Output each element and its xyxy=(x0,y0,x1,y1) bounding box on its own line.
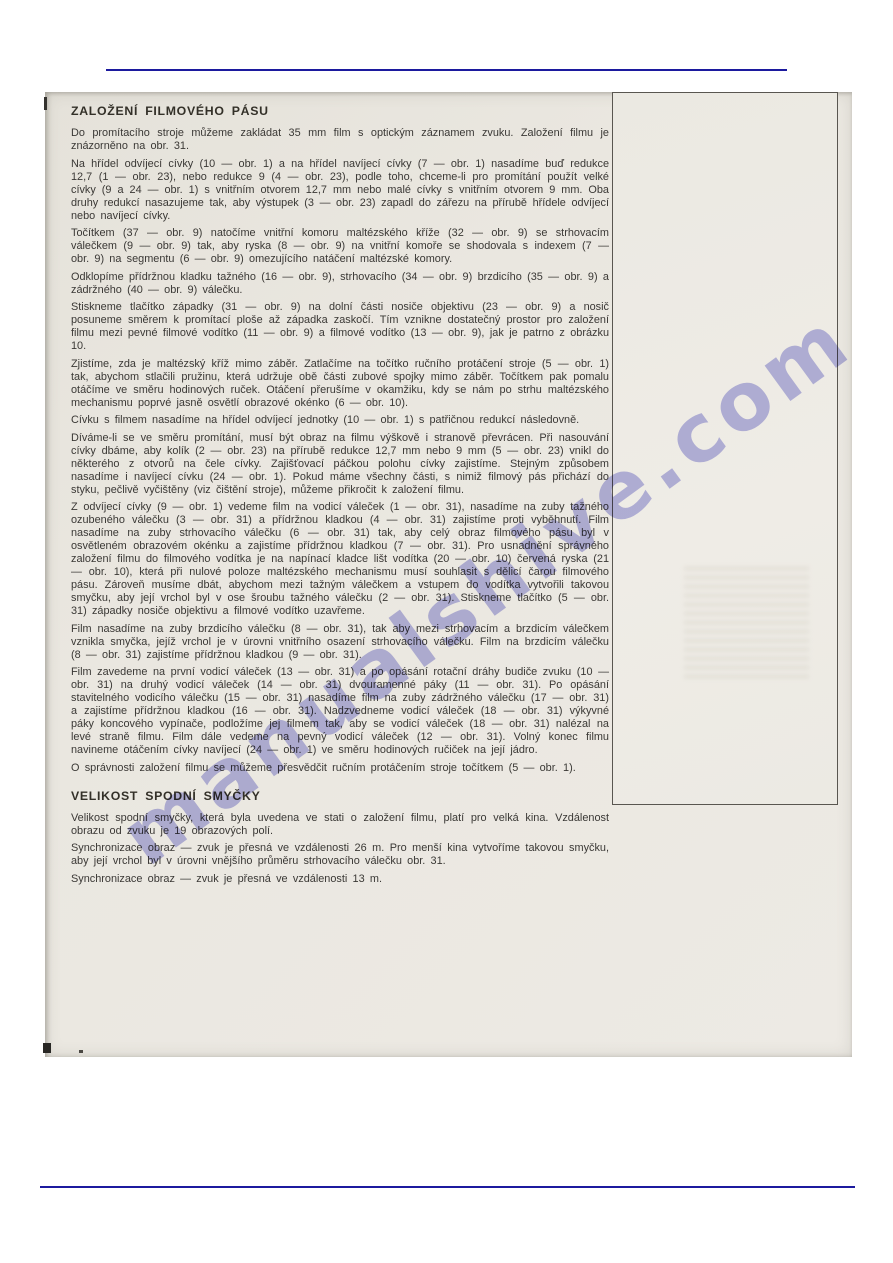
section-heading-lower-loop-size: VELIKOST SPODNÍ SMYČKY xyxy=(71,790,609,803)
paragraph: Velikost spodní smyčky, která byla uvede… xyxy=(71,812,609,838)
document-text-column: ZALOŽENÍ FILMOVÉHO PÁSU Do promítacího s… xyxy=(71,105,609,890)
paragraph: Stiskneme tlačítko západky (31 — obr. 9)… xyxy=(71,301,609,353)
paragraph: Díváme-li se ve směru promítání, musí bý… xyxy=(71,432,609,497)
figure-placeholder-box xyxy=(612,92,838,805)
paragraph: Cívku s filmem nasadíme na hřídel odvíje… xyxy=(71,414,609,427)
bottom-rule xyxy=(40,1186,855,1188)
bleed-through-smudge xyxy=(684,563,809,678)
paragraph: Film nasadíme na zuby brzdicího válečku … xyxy=(71,623,609,662)
paragraph: Film zavedeme na první vodicí váleček (1… xyxy=(71,666,609,757)
scan-artifact xyxy=(79,1050,83,1053)
screenshot-root: { "page": { "watermark_text": "manualshi… xyxy=(0,0,893,1263)
paragraph: Do promítacího stroje můžeme zakládat 35… xyxy=(71,127,609,153)
paragraph: Synchronizace obraz — zvuk je přesná ve … xyxy=(71,873,609,886)
paragraph: Synchronizace obraz — zvuk je přesná ve … xyxy=(71,842,609,868)
paragraph: Na hřídel odvíjecí cívky (10 — obr. 1) a… xyxy=(71,158,609,223)
paragraph: Zjistíme, zda je maltézský kříž mimo záb… xyxy=(71,358,609,410)
scan-artifact xyxy=(43,1043,51,1053)
page-scan: ZALOŽENÍ FILMOVÉHO PÁSU Do promítacího s… xyxy=(45,92,852,1057)
paragraph: O správnosti založení filmu se můžeme př… xyxy=(71,762,609,775)
paragraph: Točítkem (37 — obr. 9) natočíme vnitřní … xyxy=(71,227,609,266)
paragraph: Z odvíjecí cívky (9 — obr. 1) vedeme fil… xyxy=(71,501,609,618)
section-heading-film-loading: ZALOŽENÍ FILMOVÉHO PÁSU xyxy=(71,105,609,118)
scan-artifact xyxy=(44,97,47,110)
paragraph: Odklopíme přídržnou kladku tažného (16 —… xyxy=(71,271,609,297)
top-rule xyxy=(106,69,787,71)
